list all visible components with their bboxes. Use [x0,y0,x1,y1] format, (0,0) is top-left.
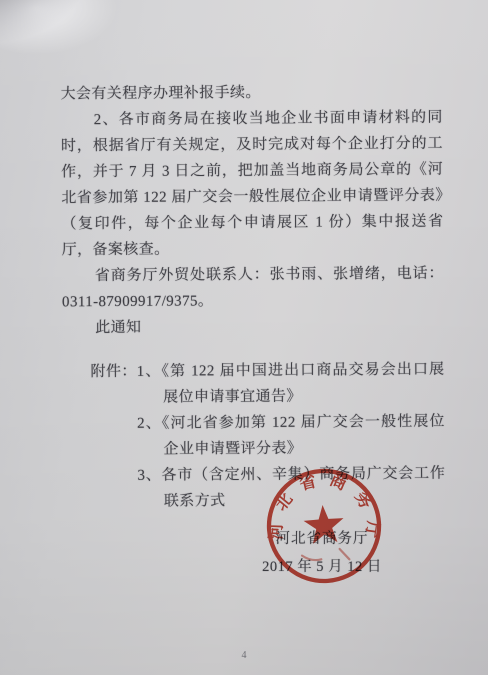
attachment-item: 2、《河北省参加第 122 届广交会一般性展位企业申请暨评分表》 [137,409,445,463]
attachment-item: 1、《第 122 届中国进出口商品交易会出口展展位申请事宜通告》 [137,357,445,411]
page-number: 4 [0,650,488,661]
seal-lower-marks [302,548,350,562]
attachments-label: 附件： [90,359,137,515]
document-photo: 大会有关程序办理补报手续。 2、各市商务局在接收当地企业书面申请材料的同时，根据… [0,0,488,675]
star-icon [303,504,346,545]
paragraph: 大会有关程序办理补报手续。 [60,79,442,108]
paragraph: 省商务厅外贸处联系人：张书雨、张增绪，电话：0311-87909917/9375… [62,261,444,316]
body-text: 大会有关程序办理补报手续。 2、各市商务局在接收当地企业书面申请材料的同时，根据… [60,79,445,516]
official-seal: 河北省商务厅 [260,462,388,590]
paragraph: 2、各市商务局在接收当地企业书面申请材料的同时，根据省厅有关规定，及时完成对每个… [61,105,444,264]
official-seal-graphic: 河北省商务厅 [260,462,388,590]
paragraph: 此通知 [62,313,444,342]
